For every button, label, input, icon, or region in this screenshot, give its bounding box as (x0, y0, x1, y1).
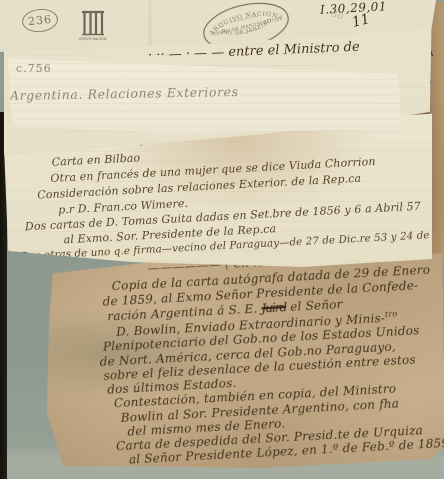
catalog-code: c.756 (16, 62, 52, 75)
circled-folio-number: 236 (21, 7, 59, 34)
folio-number-text: 236 (27, 13, 52, 28)
lower-page-text-block: —————— ( en la Asunción Copia de la cart… (93, 246, 444, 464)
archive-monogram-stamp: ARQUIVO NACIONAL (79, 8, 107, 44)
struck-out-word: Juird (261, 300, 286, 315)
monogram-caption: ARQUIVO NACIONAL (79, 37, 107, 41)
superscript: tro (385, 309, 398, 319)
line-text: el Señor (290, 297, 343, 314)
index-line: Carta en Bilbao (51, 151, 140, 169)
manuscript-page-lower: —————— ( en la Asunción Copia de la cart… (45, 253, 444, 471)
item-number: 11 (350, 11, 371, 31)
archival-manuscript-photo: qué. E. A ngis. com , ma- uma Rép. ison … (0, 0, 444, 479)
monogram-icon: ARQUIVO NACIONAL (79, 8, 107, 44)
catalog-title: Argentina. Relaciones Exteriores (10, 84, 239, 103)
pencil-scribble: 3a (330, 9, 345, 23)
